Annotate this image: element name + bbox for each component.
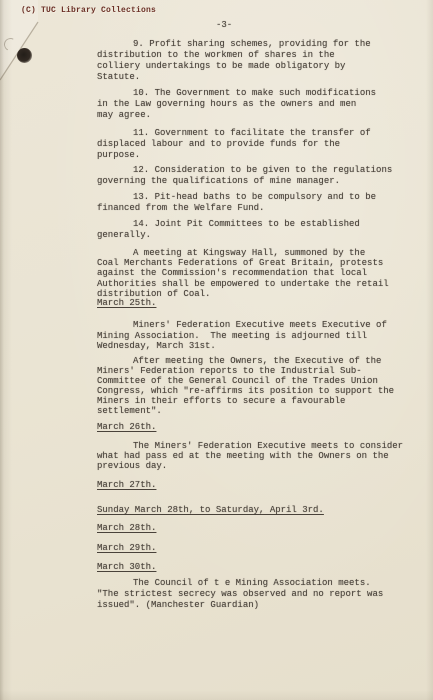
numbered-paragraph-9: 9. Profit sharing schemes, providing for… xyxy=(97,39,419,83)
numbered-paragraph-13: 13. Pit-head baths to be compulsory and … xyxy=(97,192,419,214)
hole-punch xyxy=(17,48,32,63)
march-26-paragraph-1: The Miners' Federation Executive meets t… xyxy=(97,441,419,471)
numbered-paragraph-10: 10. The Government to make such modifica… xyxy=(97,88,419,121)
date-heading-march-29: March 29th. xyxy=(97,543,419,554)
kingsway-meeting-paragraph: A meeting at Kingsway Hall, summoned by … xyxy=(97,248,419,299)
page-number: -3- xyxy=(216,20,232,30)
numbered-paragraph-14: 14. Joint Pit Committees to be establish… xyxy=(97,219,419,241)
march-30-paragraph-1: The Council of t e Mining Association me… xyxy=(97,578,419,611)
numbered-paragraph-12: 12. Consideration to be given to the reg… xyxy=(97,165,419,187)
march-25-paragraph-2: After meeting the Owners, the Executive … xyxy=(97,356,419,416)
date-heading-march-30: March 30th. xyxy=(97,562,419,573)
date-heading-march-28: March 28th. xyxy=(97,523,419,534)
library-watermark: (C) TUC Library Collections xyxy=(21,6,156,15)
date-heading-march-25: March 25th. xyxy=(97,298,419,309)
date-heading-march-27: March 27th. xyxy=(97,480,419,491)
numbered-paragraph-11: 11. Government to facilitate the transfe… xyxy=(97,128,419,161)
date-heading-march-26: March 26th. xyxy=(97,422,419,433)
date-heading-week-range: Sunday March 28th, to Saturday, April 3r… xyxy=(97,505,419,516)
march-25-paragraph-1: Miners' Federation Executive meets Execu… xyxy=(97,320,419,352)
scanned-document-page: (C) TUC Library Collections -3- 9. Profi… xyxy=(0,0,433,700)
